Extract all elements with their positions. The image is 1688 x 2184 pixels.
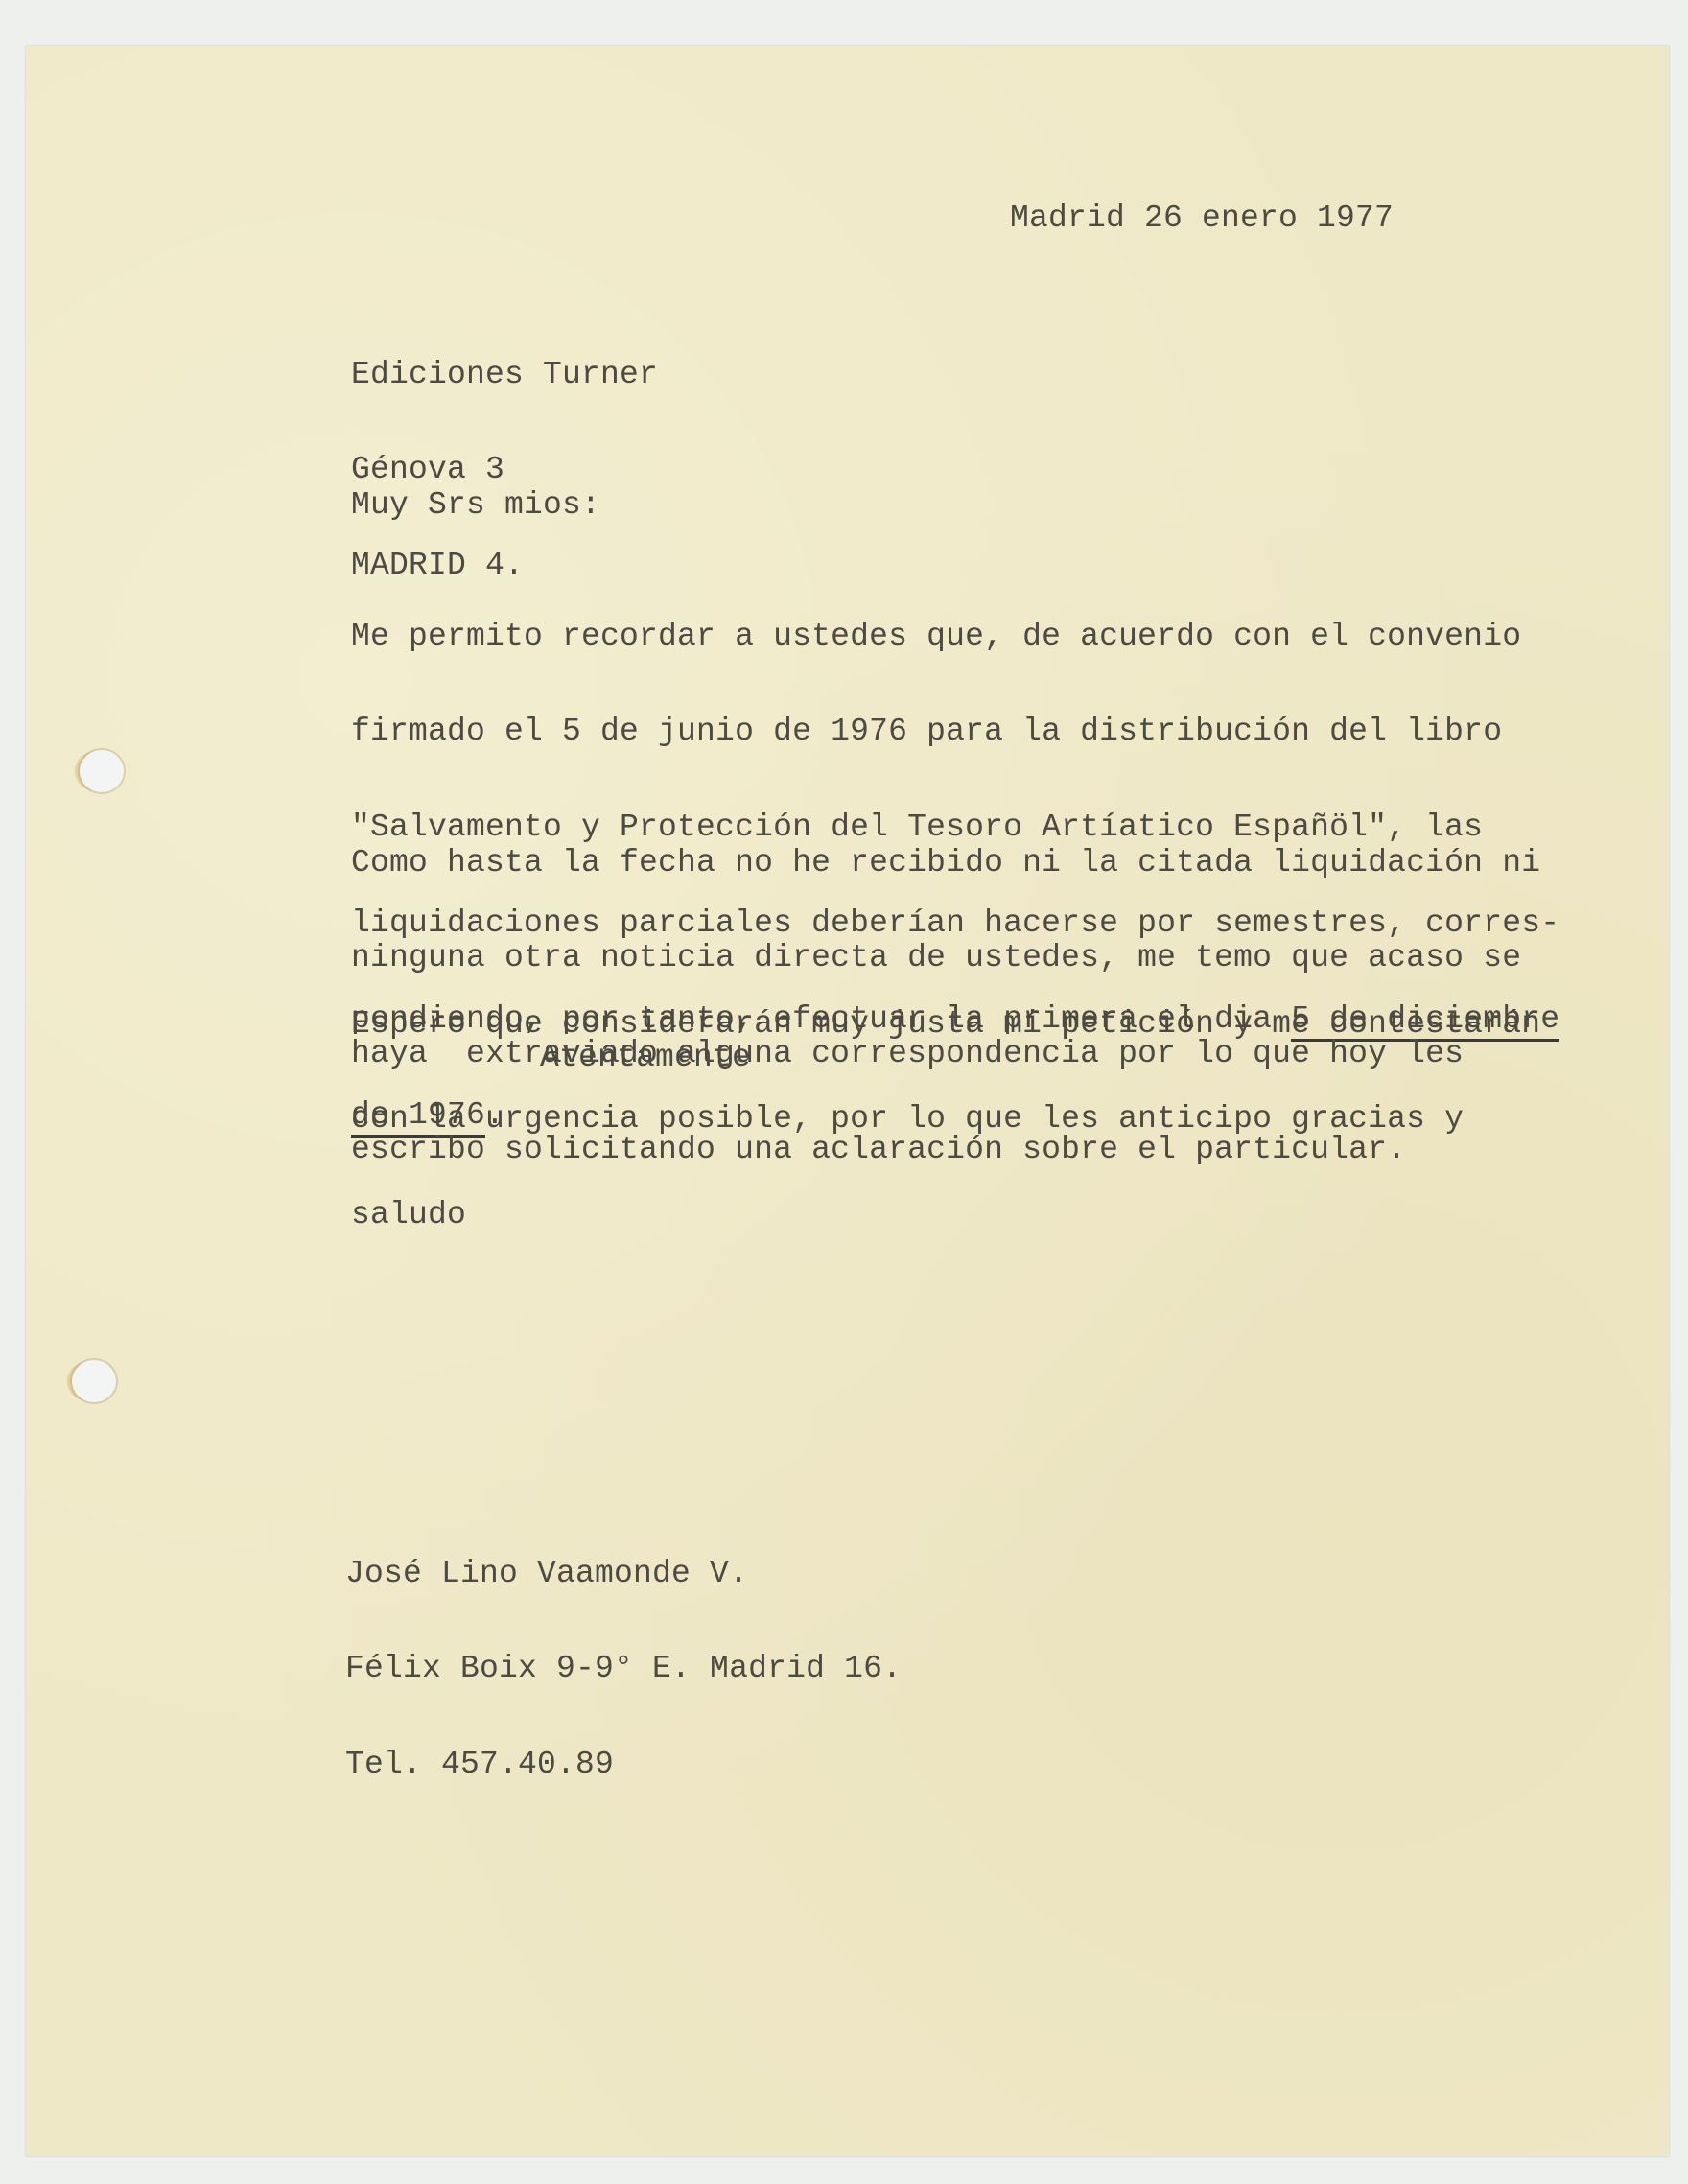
sender-name: José Lino Vaamonde V.	[345, 1558, 902, 1589]
paragraph-line: Me permito recordar a ustedes que, de ac…	[351, 621, 1559, 652]
salutation: Muy Srs mios:	[351, 489, 600, 521]
paragraph-line: saludo	[351, 1199, 1540, 1231]
paragraph-line: firmado el 5 de junio de 1976 para la di…	[351, 716, 1559, 747]
paragraph-line: Espero que considerarán muy justa mi pet…	[351, 1008, 1540, 1040]
paragraph-line: Como hasta la fecha no he recibido ni la…	[351, 847, 1540, 879]
punch-hole-bottom	[72, 1360, 116, 1402]
closing: Atentamente	[540, 1042, 751, 1073]
paragraph-line: con la urgencia posible, por lo que les …	[351, 1103, 1540, 1135]
sender-block: José Lino Vaamonde V. Félix Boix 9-9° E.…	[345, 1493, 902, 1813]
punch-hole-top	[80, 750, 124, 792]
letter-date: Madrid 26 enero 1977	[1010, 202, 1394, 234]
sender-phone: Tel. 457.40.89	[345, 1749, 902, 1780]
sender-address: Félix Boix 9-9° E. Madrid 16.	[345, 1653, 902, 1684]
paragraph-3: Espero que considerarán muy justa mi pet…	[351, 944, 1540, 1263]
recipient-name: Ediciones Turner	[351, 359, 658, 390]
recipient-street: Génova 3	[351, 454, 658, 485]
